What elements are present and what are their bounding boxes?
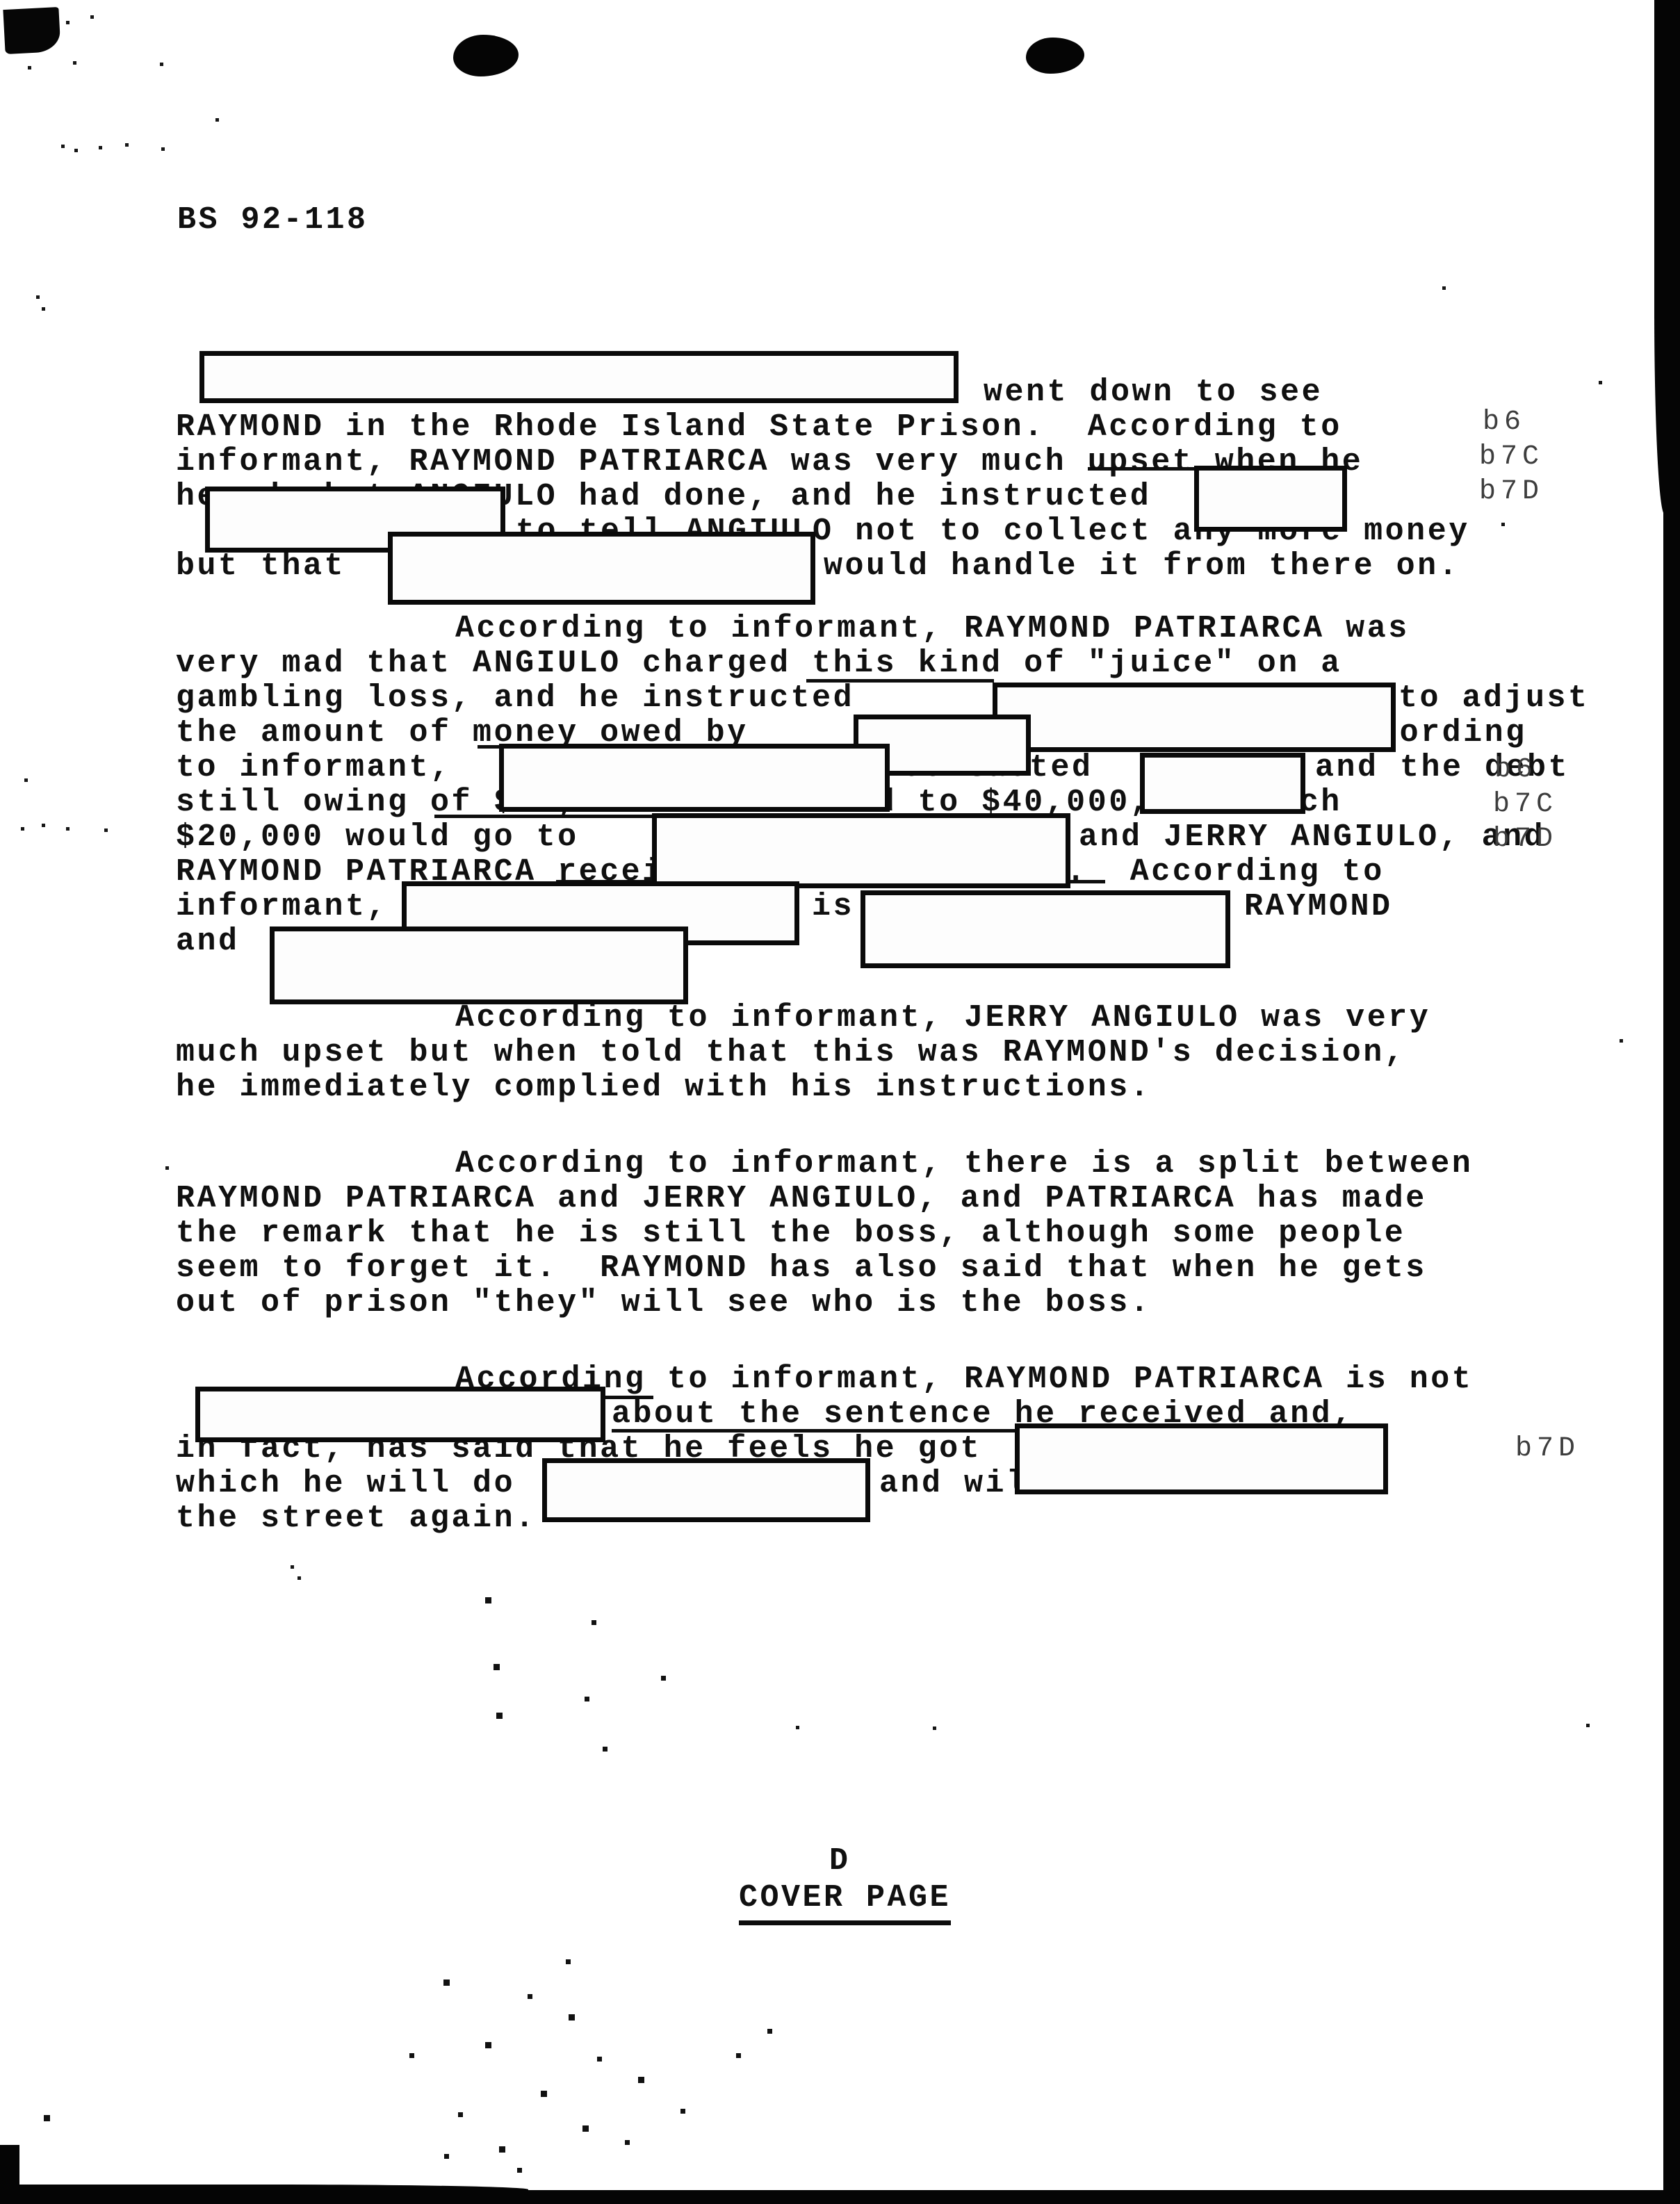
text-segment: out of prison "they" will see who is the…: [176, 1286, 1151, 1321]
redaction-box: [270, 927, 688, 1004]
redaction-box: [1140, 753, 1305, 814]
redaction-box: [542, 1458, 870, 1522]
redaction-box: [993, 683, 1396, 752]
hole-punch-icon: [453, 35, 519, 76]
scan-edge-right-top: [1654, 0, 1680, 514]
text-segment: the remark that he is still the boss, al…: [176, 1216, 1405, 1251]
file-number: BS 92-118: [177, 203, 368, 238]
redaction-box: [1194, 466, 1347, 532]
scan-speckles: [0, 0, 3, 3]
text-segment: informant,: [176, 890, 388, 924]
text-segment: RAYMOND in the Rhode Island State Prison…: [176, 410, 1342, 445]
text-segment: $20,000 would go to: [176, 820, 579, 855]
text-segment: which he will do: [176, 1467, 515, 1501]
margin-code: b7D: [1479, 476, 1544, 508]
redaction-box: [388, 532, 815, 605]
footer-page-letter: D: [829, 1843, 851, 1879]
margin-code: b7C: [1493, 789, 1558, 821]
margin-code: b7C: [1479, 441, 1544, 473]
redaction-box: [499, 744, 890, 812]
text-segment: According to informant, RAYMOND PATRIARC…: [455, 1362, 1473, 1397]
text-segment: to adjust: [1398, 681, 1590, 716]
text-segment: much upset but when told that this was R…: [176, 1036, 1405, 1070]
margin-code: b7D: [1493, 824, 1558, 856]
scan-corner-artifact: [3, 7, 60, 54]
hole-punch-icon: [1026, 38, 1084, 74]
text-segment: went down to see: [984, 375, 1323, 410]
text-segment: would handle it from there on.: [824, 549, 1460, 584]
text-segment: informant, RAYMOND PATRIARCA was very mu…: [176, 445, 1363, 480]
text-segment: very mad that ANGIULO charged this kind …: [176, 646, 1342, 681]
redaction-box: [195, 1387, 605, 1442]
margin-code: b6: [1494, 754, 1538, 786]
scan-edge-bottom-secondary: [0, 2185, 528, 2194]
text-segment: he immediately complied with his instruc…: [176, 1070, 1151, 1105]
footer-cover-page-label: COVER PAGE: [739, 1880, 951, 1925]
text-segment: According to informant, JERRY ANGIULO wa…: [455, 1001, 1430, 1036]
text-segment: RAYMOND: [1244, 890, 1393, 924]
text-segment: and JERRY ANGIULO, and: [1079, 820, 1545, 855]
text-segment: gambling loss, and he instructed: [176, 681, 854, 716]
text-segment: According to informant, there is a split…: [455, 1147, 1473, 1182]
text-segment: seem to forget it. RAYMOND has also said…: [176, 1251, 1427, 1286]
redaction-box: [861, 890, 1230, 968]
margin-code: b6: [1483, 407, 1526, 439]
scanned-document-page: BS 92-118 went down to see RAYMOND in th…: [0, 0, 1680, 2204]
text-segment: RAYMOND PATRIARCA and JERRY ANGIULO, and…: [176, 1182, 1427, 1216]
redaction-box: [1015, 1423, 1388, 1494]
margin-code: b7D: [1515, 1433, 1580, 1465]
redaction-box: [652, 813, 1070, 888]
text-segment: the street again.: [176, 1501, 537, 1536]
redaction-box: [199, 351, 959, 403]
text-segment: and: [176, 924, 240, 959]
text-segment: to informant,: [176, 751, 452, 785]
underline-artifact: [434, 815, 657, 818]
underline-artifact: [806, 679, 994, 683]
scan-edge-bottom-corner: [0, 2145, 19, 2204]
text-segment: According to informant, RAYMOND PATRIARC…: [455, 612, 1410, 646]
text-segment: but that: [176, 549, 345, 584]
